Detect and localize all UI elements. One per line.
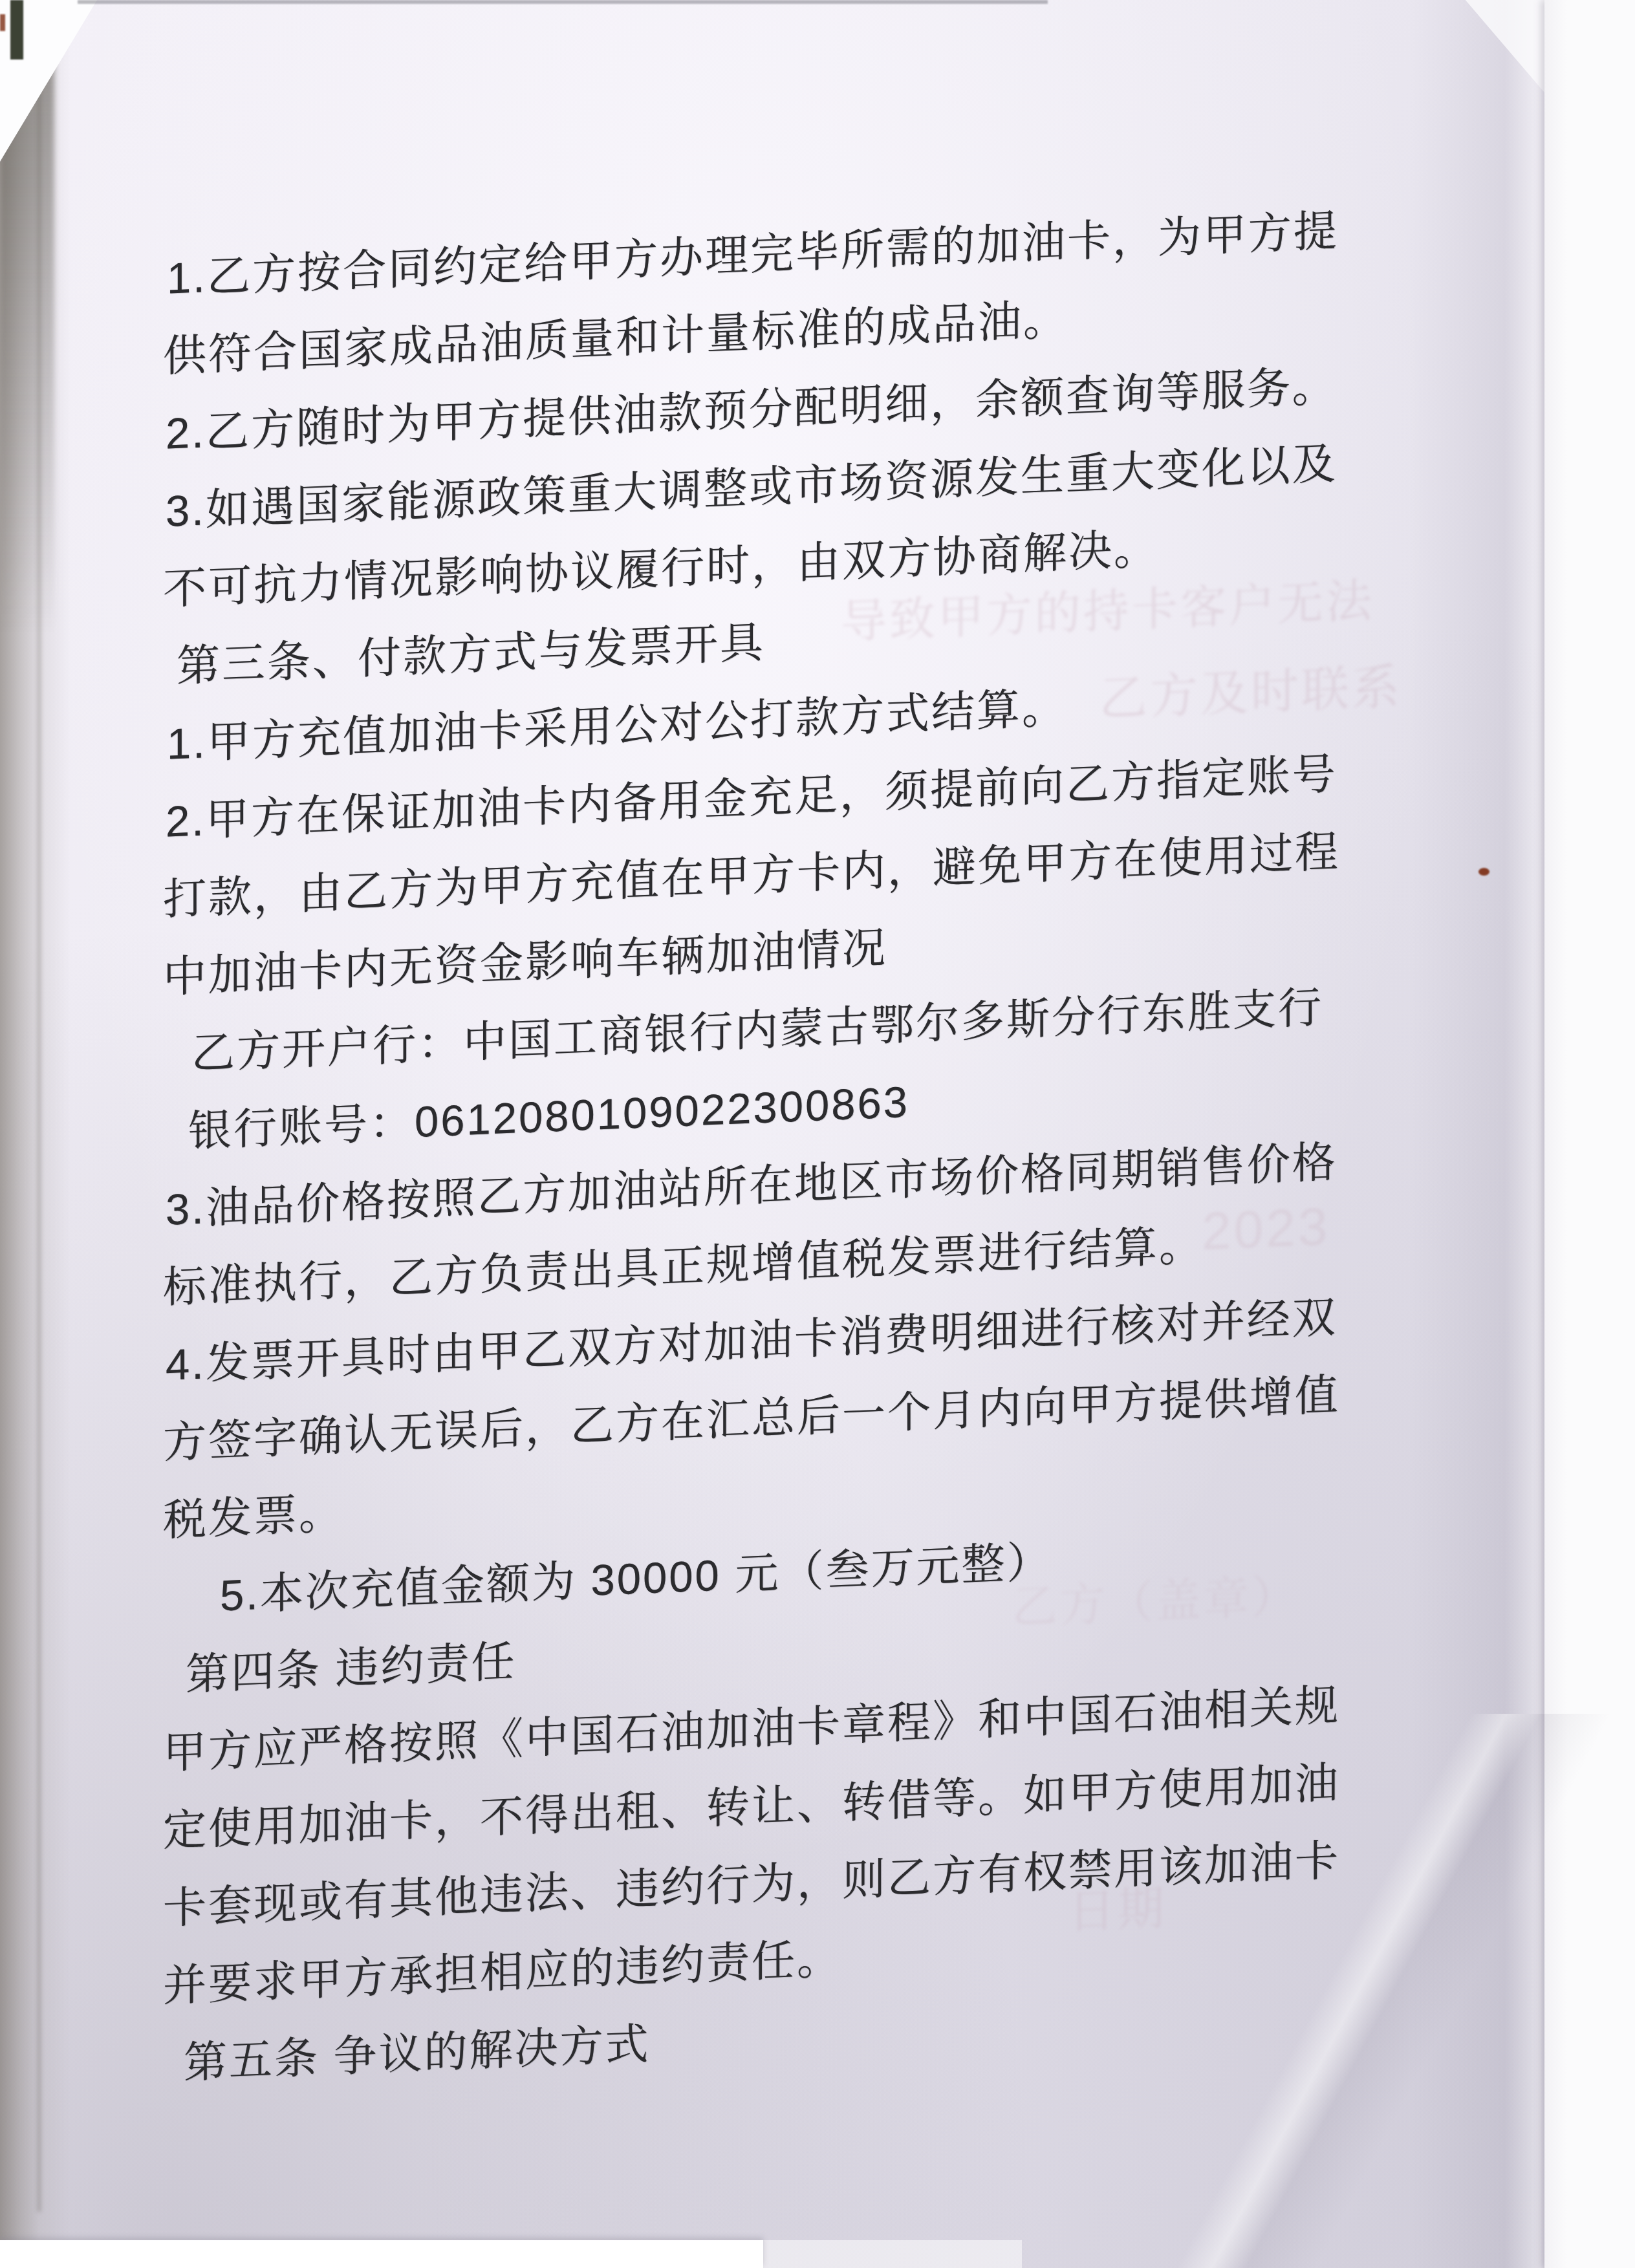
contract-text-block: 1.乙方按合同约定给甲方办理完毕所需的加油卡，为甲方提供符合国家成品油质量和计量… xyxy=(163,189,1431,2103)
scanner-bottom-strip xyxy=(0,2240,763,2268)
ink-dot xyxy=(1478,868,1489,876)
scanned-contract-page: 导致甲方的持卡客户无法乙方及时联系2023乙方（盖章）日期 1.乙方按合同约定给… xyxy=(0,0,1635,2268)
